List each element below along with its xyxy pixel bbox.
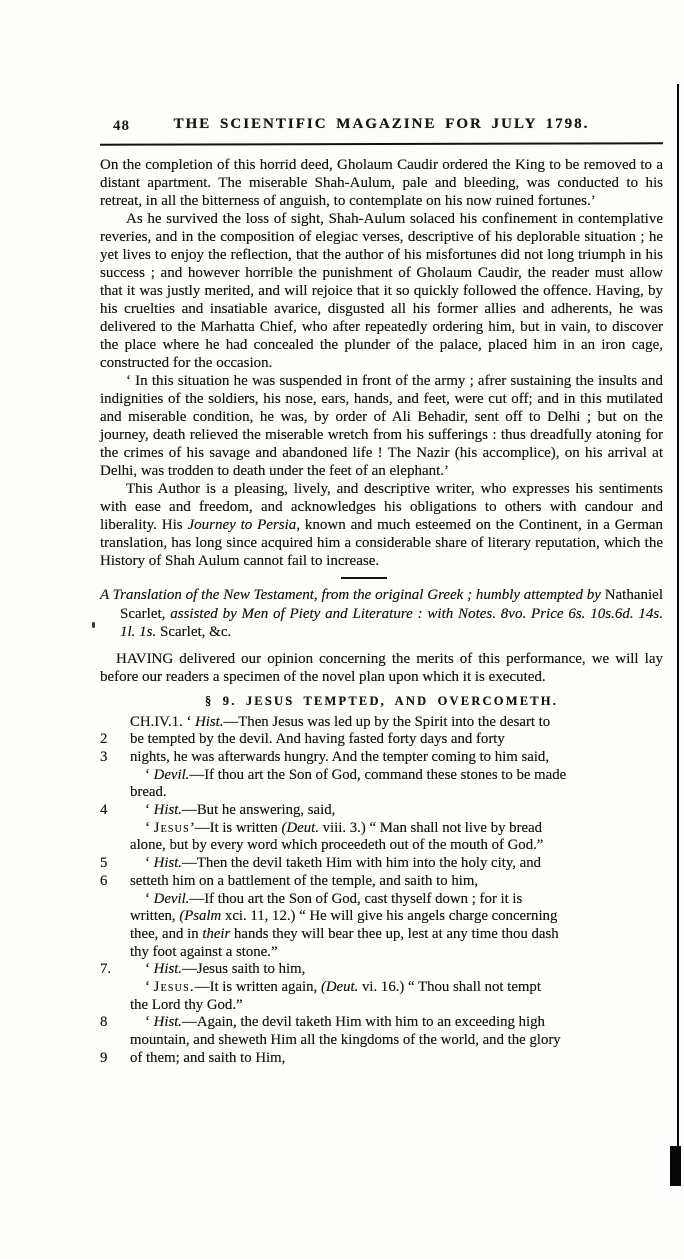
scan-speck [92,622,95,628]
verse-text: CH.IV.1. ‘ Hist.—Then Jesus was led up b… [130,714,663,732]
text-segment: CH.IV.1. ‘ [130,714,195,730]
text-segment: Hist. [154,855,182,871]
text-segment: nights, he was afterwards hungry. And th… [130,749,549,765]
text-segment: A Translation of the New Testament, from… [100,587,605,603]
text-segment: their [202,926,230,942]
text-segment: ‘ [145,802,154,818]
verse-line: ‘ Devil.—If thou art the Son of God, cas… [100,891,663,909]
header-rule [100,142,663,145]
verse-number [100,891,130,909]
magazine-page: 48 THE SCIENTIFIC MAGAZINE FOR JULY 1798… [0,0,684,1259]
text-segment: ‘ [145,979,154,995]
verse-number [100,837,130,855]
text-segment: —If thou art the Son of God, command the… [189,767,566,783]
text-segment: HAVING delivered our opinion concerning … [100,651,663,685]
verse-line: 7.‘ Hist.—Jesus saith to him, [100,961,663,979]
text-segment: Hist. [154,961,182,977]
verse-line: 6setteth him on a battlement of the temp… [100,873,663,891]
text-segment: of them; and saith to Him, [130,1050,285,1066]
text-segment: be tempted by the devil. And having fast… [130,731,505,747]
verse-text: of them; and saith to Him, [130,1050,663,1068]
verse-number [100,908,130,926]
verse-line: CH.IV.1. ‘ Hist.—Then Jesus was led up b… [100,714,663,732]
verse-number [100,979,130,997]
page-header: 48 THE SCIENTIFIC MAGAZINE FOR JULY 1798… [100,116,663,138]
verse-line: thee, and in their hands they will bear … [100,926,663,944]
review-paragraph: As he survived the loss of sight, Shah-A… [100,210,663,372]
verse-line: 9of them; and saith to Him, [100,1050,663,1068]
verse-text: the Lord thy God.” [130,997,663,1015]
verse-line: 2be tempted by the devil. And having fas… [100,731,663,749]
section-heading: § 9. JESUS TEMPTED, AND OVERCOMETH. [100,694,663,709]
verse-line: 3nights, he was afterwards hungry. And t… [100,749,663,767]
text-segment: ‘ [145,891,154,907]
text-segment: (Deut. [321,979,358,995]
text-segment: —Then Jesus was led up by the Spirit int… [223,714,550,730]
text-segment: —It is written again, [195,979,321,995]
verse-text: ‘ Devil.—If thou art the Son of God, com… [130,767,663,785]
verse-text: nights, he was afterwards hungry. And th… [130,749,663,767]
text-segment: setteth him on a battlement of the templ… [130,873,478,889]
header-title: THE SCIENTIFIC MAGAZINE FOR JULY 1798. [100,116,663,133]
scan-edge-blob [670,1146,681,1186]
text-segment: written, [130,908,179,924]
text-column: 48 THE SCIENTIFIC MAGAZINE FOR JULY 1798… [100,116,663,1068]
verse-text: thee, and in their hands they will bear … [130,926,663,944]
verse-number: 3 [100,749,130,767]
verse-line: mountain, and sheweth Him all the kingdo… [100,1032,663,1050]
text-segment: As he survived the loss of sight, Shah-A… [100,211,663,371]
text-segment: —If thou art the Son of God, cast thysel… [189,891,522,907]
verse-line: 8‘ Hist.—Again, the devil taketh Him wit… [100,1014,663,1032]
text-segment: ‘ [145,820,154,836]
text-segment: Scarlet, &c. [156,624,231,640]
verse-line: the Lord thy God.” [100,997,663,1015]
text-segment: Hist. [154,1014,182,1030]
text-segment: Hist. [154,802,182,818]
review-paragraph: This Author is a pleasing, lively, and d… [100,480,663,570]
text-segment: bread. [130,784,167,800]
review-paragraph: On the completion of this horrid deed, G… [100,156,663,210]
text-segment: ‘ [145,767,154,783]
section-divider [341,577,387,579]
text-segment: thee, and in [130,926,202,942]
verse-text: ‘ Hist.—Again, the devil taketh Him with… [130,1014,663,1032]
text-segment: —Jesus saith to him, [182,961,305,977]
intro-paragraph: HAVING delivered our opinion concerning … [100,650,663,686]
verse-number: 6 [100,873,130,891]
text-segment: alone, but by every word which proceedet… [130,837,543,853]
verse-text: setteth him on a battlement of the templ… [130,873,663,891]
scan-edge-line [677,84,679,1186]
text-segment: ‘ In this situation he was suspended in … [100,373,663,479]
text-segment: ‘ [145,855,154,871]
verse-line: thy foot against a stone.” [100,944,663,962]
verse-text: ‘ Hist.—But he answering, said, [130,802,663,820]
text-segment: (Deut. [282,820,319,836]
verse-number [100,997,130,1015]
text-segment: Jesus [154,820,190,836]
verse-line: ‘ Devil.—If thou art the Son of God, com… [100,767,663,785]
text-segment: ‘ [145,1014,154,1030]
verse-text: written, (Psalm xci. 11, 12.) “ He will … [130,908,663,926]
verse-line: 4‘ Hist.—But he answering, said, [100,802,663,820]
text-segment: Devil. [154,767,190,783]
text-segment: ’—It is written [190,820,282,836]
verse-lines: CH.IV.1. ‘ Hist.—Then Jesus was led up b… [100,714,663,1068]
text-segment: Jesus. [154,979,195,995]
text-segment: —But he answering, said, [182,802,335,818]
verse-text: ‘ Hist.—Jesus saith to him, [130,961,663,979]
verse-number [100,820,130,838]
verse-line: written, (Psalm xci. 11, 12.) “ He will … [100,908,663,926]
text-segment: Journey to Persia [187,517,296,533]
review-paragraphs: On the completion of this horrid deed, G… [100,156,663,570]
text-segment: —Again, the devil taketh Him with him to… [182,1014,545,1030]
verse-number: 8 [100,1014,130,1032]
verse-number [100,784,130,802]
verse-text: be tempted by the devil. And having fast… [130,731,663,749]
verse-text: bread. [130,784,663,802]
verse-text: ‘ Jesus.—It is written again, (Deut. vi.… [130,979,663,997]
verse-line: 5‘ Hist.—Then the devil taketh Him with … [100,855,663,873]
verse-line: alone, but by every word which proceedet… [100,837,663,855]
verse-number [100,767,130,785]
verse-line: ‘ Jesus’—It is written (Deut. viii. 3.) … [100,820,663,838]
review-paragraph: ‘ In this situation he was suspended in … [100,372,663,480]
text-segment: xci. 11, 12.) “ He will give his angels … [221,908,557,924]
verse-text: mountain, and sheweth Him all the kingdo… [130,1032,663,1050]
page-number: 48 [113,118,130,135]
verse-number: 5 [100,855,130,873]
verse-line: ‘ Jesus.—It is written again, (Deut. vi.… [100,979,663,997]
text-segment: viii. 3.) “ Man shall not live by bread [319,820,542,836]
text-segment: vi. 16.) “ Thou shall not tempt [358,979,541,995]
text-segment: ‘ [145,961,154,977]
text-segment: mountain, and sheweth Him all the kingdo… [130,1032,561,1048]
verse-number: 4 [100,802,130,820]
text-segment: Devil. [154,891,190,907]
verse-number [100,926,130,944]
verse-line: bread. [100,784,663,802]
verse-text: alone, but by every word which proceedet… [130,837,663,855]
verse-number: 2 [100,731,130,749]
scanned-magazine-page: { "colors": { "ink": "#1a1612", "paper":… [0,0,684,1259]
text-segment: —Then the devil taketh Him with him into… [182,855,541,871]
verse-number [100,1032,130,1050]
book-citation: A Translation of the New Testament, from… [100,586,663,642]
verse-number [100,944,130,962]
verse-number [100,714,130,732]
text-segment: On the completion of this horrid deed, G… [100,157,663,209]
verse-text: ‘ Devil.—If thou art the Son of God, cas… [130,891,663,909]
text-segment: Hist. [195,714,223,730]
text-segment: thy foot against a stone.” [130,944,278,960]
verse-number: 7. [100,961,130,979]
verse-text: thy foot against a stone.” [130,944,663,962]
verse-text: ‘ Jesus’—It is written (Deut. viii. 3.) … [130,820,663,838]
text-segment: (Psalm [179,908,221,924]
text-segment: the Lord thy God.” [130,997,243,1013]
verse-text: ‘ Hist.—Then the devil taketh Him with h… [130,855,663,873]
text-segment: hands they will bear thee up, lest at an… [230,926,558,942]
verse-number: 9 [100,1050,130,1068]
